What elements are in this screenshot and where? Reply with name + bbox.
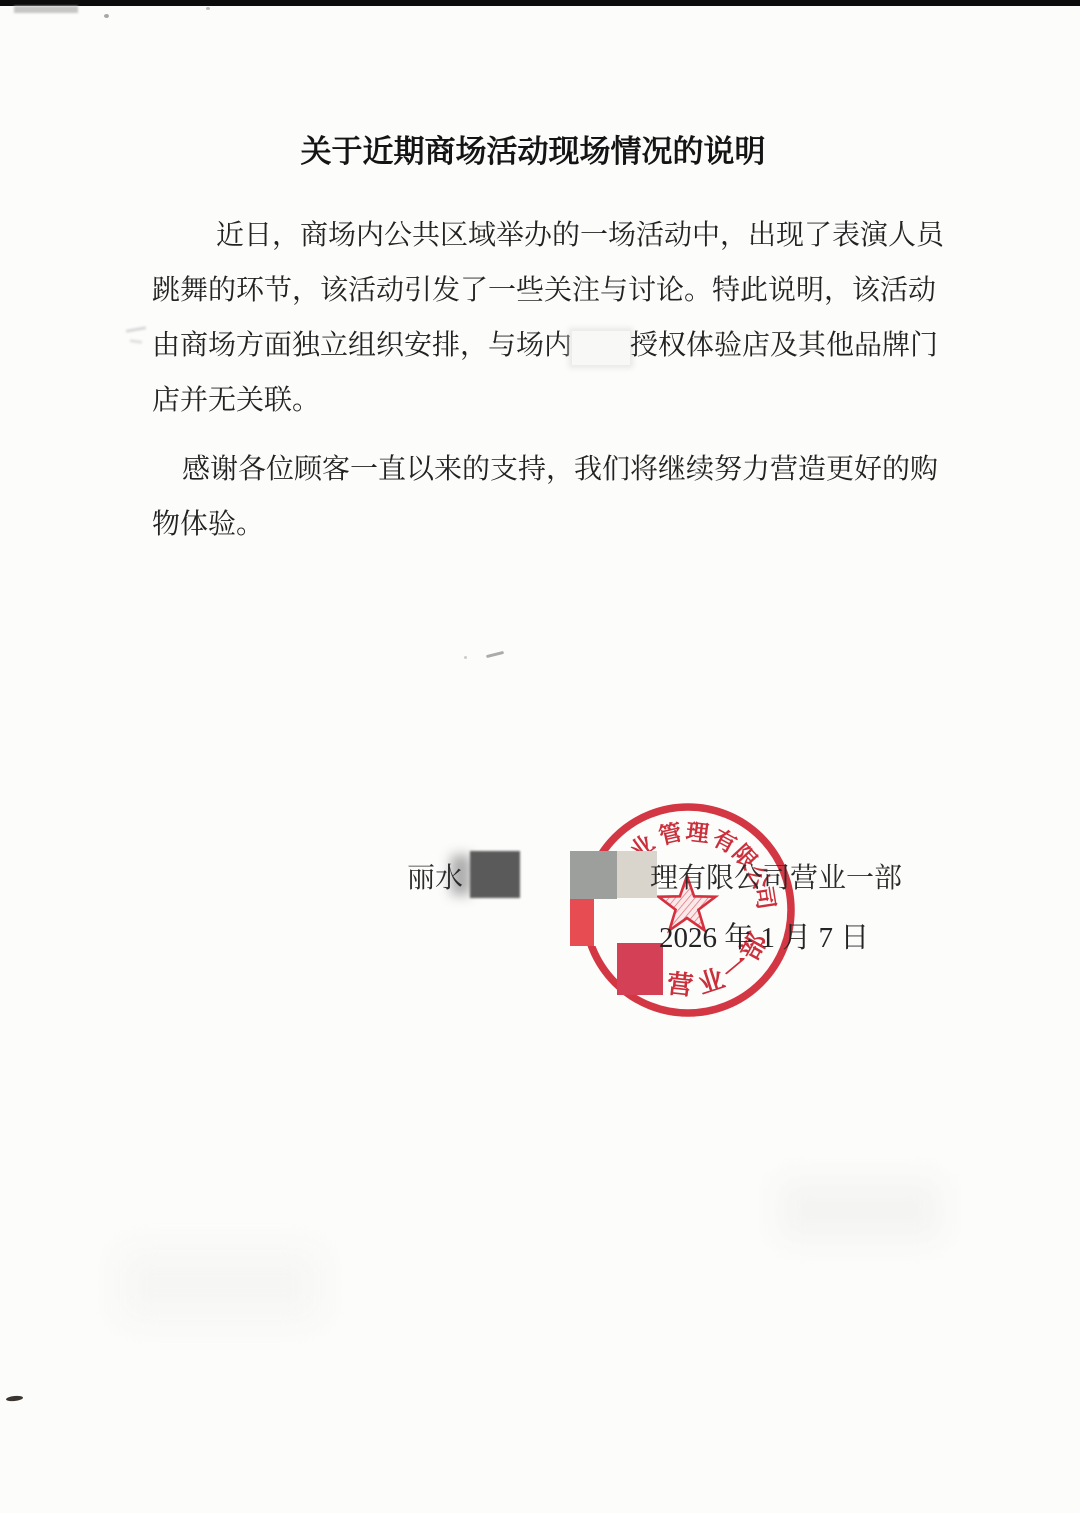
- paragraph: 近日，商场内公共区域举办的一场活动中，出现了表演人员跳舞的环节，该活动引发了一些…: [152, 208, 954, 428]
- scan-artifact-scratch: [486, 651, 504, 658]
- scan-artifact-scratch-dot: [464, 656, 467, 659]
- scan-artifact-top-strip: [0, 0, 1080, 6]
- scan-artifact-smudge: [14, 6, 78, 13]
- redaction-cell: [617, 943, 663, 995]
- body-line: 店并无关联。: [152, 373, 954, 428]
- stamp-arc-char: 理: [685, 819, 712, 847]
- redaction-cell: [570, 899, 594, 946]
- scan-artifact-fleck: [206, 7, 210, 10]
- inline-redaction-box: [572, 331, 630, 365]
- document-date: 2026 年 1 月 7 日: [659, 915, 869, 956]
- scan-artifact-margin-mark: [126, 326, 146, 332]
- body-line: 感谢各位顾客一直以来的支持，我们将继续努力营造更好的购: [152, 442, 954, 497]
- body-line: 跳舞的环节，该活动引发了一些关注与讨论。特此说明，该活动: [152, 263, 954, 318]
- scan-artifact-noise: [780, 1180, 940, 1240]
- paragraph: 感谢各位顾客一直以来的支持，我们将继续努力营造更好的购物体验。: [152, 442, 954, 552]
- body-line: 由商场方面独立组织安排，与场内授权体验店及其他品牌门: [152, 318, 954, 373]
- body-line: 近日，商场内公共区域举办的一场活动中，出现了表演人员: [152, 208, 954, 263]
- scan-artifact-noise: [120, 1250, 320, 1320]
- stamp-arc-char: 管: [656, 819, 684, 850]
- redaction-cell: [594, 899, 655, 946]
- redaction-cell: [470, 851, 520, 898]
- scanned-document-page: 关于近期商场活动现场情况的说明 近日，商场内公共区域举办的一场活动中，出现了表演…: [0, 0, 1080, 1513]
- body-line: 物体验。: [152, 497, 954, 552]
- redaction-cell: [570, 851, 617, 899]
- signature-suffix: 理有限公司营业一部: [650, 856, 902, 896]
- document-title: 关于近期商场活动现场情况的说明: [0, 126, 1073, 171]
- signature-prefix: 丽水: [407, 856, 463, 896]
- scan-artifact-margin-mark: [130, 339, 142, 344]
- scan-artifact-ink-dash: [6, 1395, 23, 1402]
- scan-artifact-dot: [104, 14, 109, 18]
- stamp-arc-char: 营: [666, 969, 695, 1001]
